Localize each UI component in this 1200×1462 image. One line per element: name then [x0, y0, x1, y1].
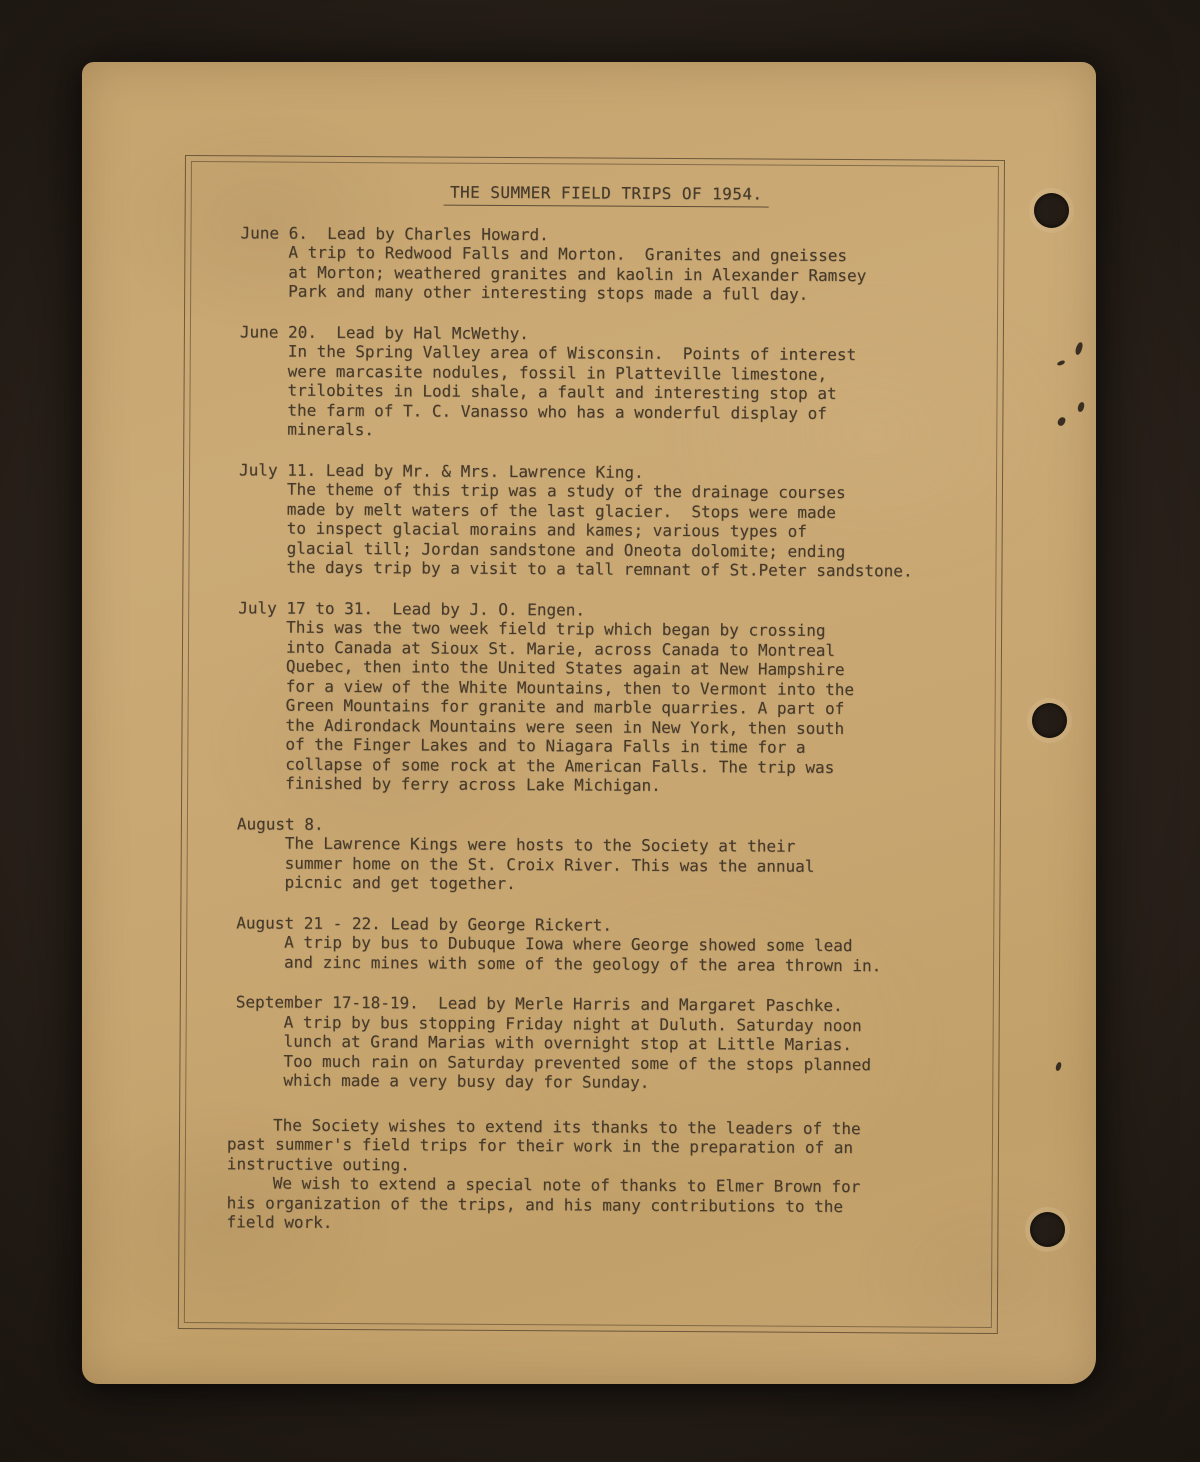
closing-block: The Society wishes to extend its thanks … [234, 1115, 966, 1236]
closing-paragraph-thanks-leaders: The Society wishes to extend its thanks … [227, 1115, 966, 1178]
document-title: THE SUMMER FIELD TRIPS OF 1954. [444, 183, 769, 207]
ruled-double-border-inner: THE SUMMER FIELD TRIPS OF 1954. June 6. … [184, 161, 999, 1328]
ink-speck [1077, 402, 1085, 413]
trip-entry-august-8: August 8. The Lawrence Kings were hosts … [236, 814, 967, 896]
typewritten-content: THE SUMMER FIELD TRIPS OF 1954. June 6. … [185, 162, 998, 1327]
punch-hole-middle [1032, 703, 1067, 738]
trip-entry-july-17-31: July 17 to 31. Lead by J. O. Engen. This… [237, 598, 969, 797]
punch-hole-top [1034, 193, 1069, 228]
trip-description: This was the two week field trip which b… [285, 618, 969, 798]
ink-speck [1075, 341, 1084, 355]
title-row: THE SUMMER FIELD TRIPS OF 1954. [241, 181, 972, 208]
ruled-double-border: THE SUMMER FIELD TRIPS OF 1954. June 6. … [178, 155, 1005, 1334]
trip-entry-june-6: June 6. Lead by Charles Howard. A trip t… [240, 223, 971, 305]
punch-hole-bottom [1030, 1212, 1065, 1247]
trip-description: A trip by bus stopping Friday night at D… [283, 1012, 966, 1094]
trip-entry-september-17-19: September 17-18-19. Lead by Merle Harris… [235, 992, 967, 1094]
paper-sheet: THE SUMMER FIELD TRIPS OF 1954. June 6. … [82, 62, 1096, 1384]
trip-description: A trip to Redwood Falls and Morton. Gran… [288, 243, 971, 306]
ink-speck [1055, 1062, 1062, 1072]
trip-entry-june-20: June 20. Lead by Hal McWethy. In the Spr… [239, 322, 971, 443]
trip-description: The Lawrence Kings were hosts to the Soc… [284, 834, 967, 897]
closing-paragraph-thanks-elmer-brown: We wish to extend a special note of than… [226, 1173, 965, 1236]
trip-description: A trip by bus to Dubuque Iowa where Geor… [284, 933, 967, 976]
trip-description: In the Spring Valley area of Wisconsin. … [287, 342, 971, 444]
trip-description: The theme of this trip was a study of th… [286, 480, 970, 582]
ink-speck [1057, 416, 1067, 427]
scanner-background: THE SUMMER FIELD TRIPS OF 1954. June 6. … [0, 0, 1200, 1462]
trip-entry-july-11: July 11. Lead by Mr. & Mrs. Lawrence Kin… [238, 460, 970, 581]
trip-entry-august-21-22: August 21 - 22. Lead by George Rickert. … [236, 913, 967, 976]
ink-speck [1057, 360, 1066, 366]
